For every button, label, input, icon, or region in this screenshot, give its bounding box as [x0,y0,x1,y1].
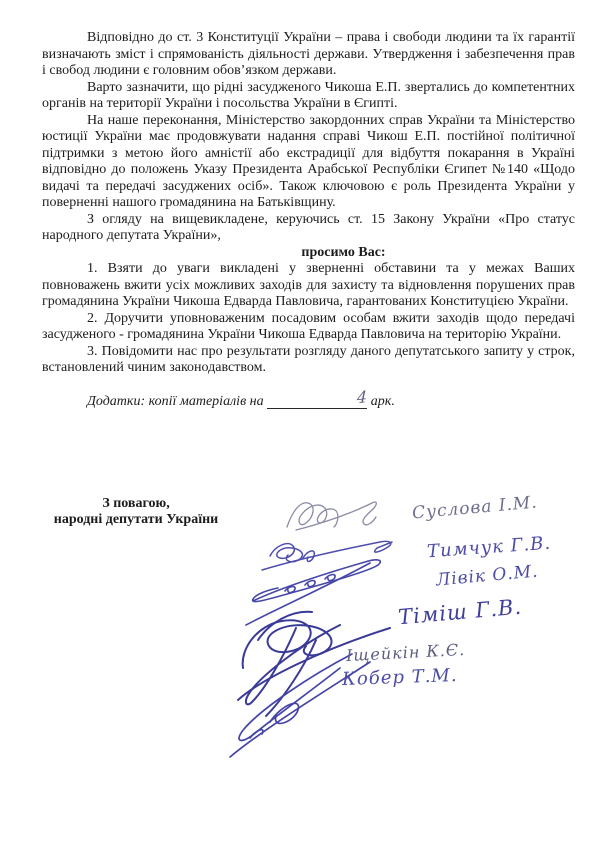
request-item: 2. Доручити уповноваженим посадовим особ… [42,311,575,344]
signatory-name: Лівік О.М. [435,562,539,591]
signatory-name: Тіміш Г.В. [397,595,523,630]
request-item: 3. Повідомити нас про результати розгляд… [42,344,575,377]
signature-scribble-2 [262,541,392,570]
signatory-name: Суслова І.М. [411,493,538,524]
attachments-text-after: арк. [371,394,395,409]
body-paragraph: Відповідно до ст. 3 Конституції України … [42,30,575,80]
body-paragraph: З огляду на вищевикладене, керуючись ст.… [42,212,575,245]
body-paragraph: Варто зазначити, що рідні засудженого Чи… [42,80,575,113]
attachments-text-before: Додатки: копії матеріалів на [87,394,264,409]
request-heading: просимо Вас: [42,245,575,262]
letter-body: Відповідно до ст. 3 Конституції України … [42,30,575,410]
signature-scribble-3 [246,560,380,625]
request-item: 1. Взяти до уваги викладені у зверненні … [42,261,575,311]
attachments-line: Додатки: копії матеріалів на 4 арк. [42,394,575,411]
signatory-name: Кобер Т.М. [342,665,458,690]
scanned-letter-page: Відповідно до ст. 3 Конституції України … [0,0,613,867]
body-paragraph: На наше переконання, Міністерство закорд… [42,113,575,212]
closing-salutation: З повагою, [30,496,242,512]
signatory-name: Іщейкін К.Є. [346,640,466,665]
signatory-name: Тимчук Г.В. [426,533,551,563]
closing-signatories-title: народні депутати України [30,512,242,528]
attachments-count-blank: 4 [267,394,367,409]
closing-block: З повагою, народні депутати України [30,496,242,527]
signature-scribble-1 [287,502,376,530]
handwritten-count: 4 [312,391,367,409]
